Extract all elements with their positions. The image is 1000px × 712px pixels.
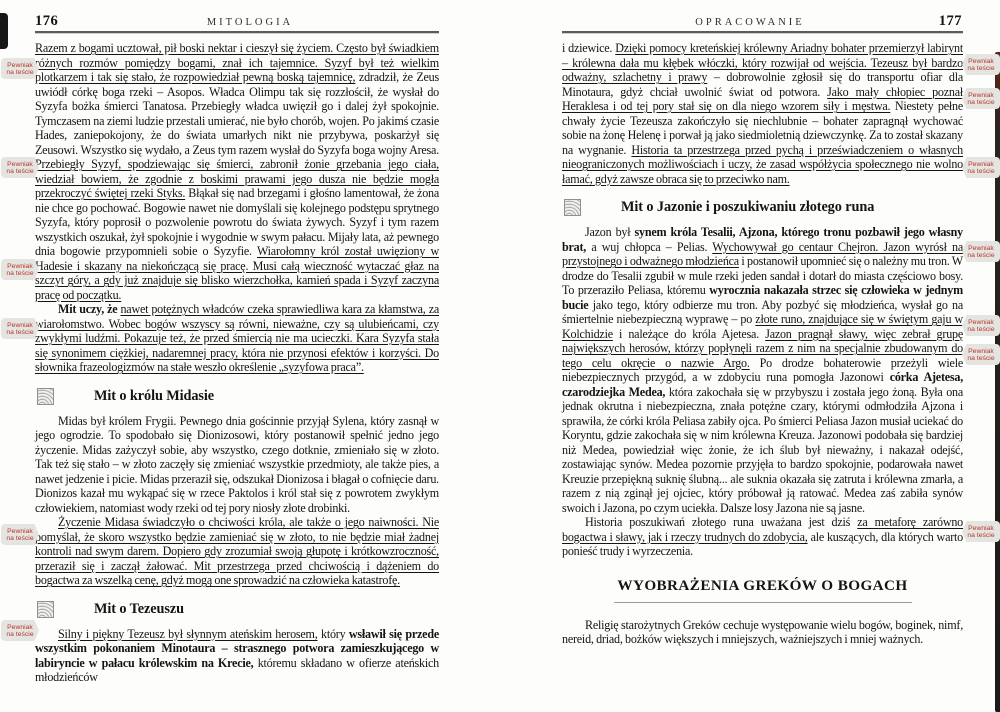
badge-line-1: Pewniak	[1, 624, 39, 631]
myth-heading: Mit o Jazonie i poszukiwaniu złotego run…	[564, 199, 963, 216]
badge-line-1: Pewniak	[962, 245, 1000, 252]
header-rule	[35, 31, 439, 33]
badge-line-1: Pewniak	[962, 92, 1000, 99]
pewniak-badge: Pewniakna teście	[1, 524, 39, 545]
badge-line-2: na teście	[1, 168, 39, 175]
page-body: i dziewice. Dzięki pomocy kreteńskiej kr…	[562, 41, 963, 647]
pewniak-badge: Pewniakna teście	[962, 344, 1000, 365]
myth-heading: Mit o królu Midasie	[37, 388, 439, 405]
paragraph: Historia poszukiwań złotego runa uważana…	[562, 515, 963, 559]
badge-line-1: Pewniak	[962, 319, 1000, 326]
body-text: i dziewice.	[562, 41, 615, 55]
myth-heading: Mit o Tezeuszu	[37, 601, 439, 618]
badge-line-2: na teście	[1, 535, 39, 542]
badge-line-1: Pewniak	[962, 161, 1000, 168]
running-head-title: OPRACOWANIE	[500, 17, 1000, 28]
paragraph: Życzenie Midasa świadczyło o chciwości k…	[35, 515, 439, 588]
paragraph: Mit uczy, że nawet potężnych władców cze…	[35, 302, 439, 375]
running-head-title: MITOLOGIA	[0, 17, 500, 28]
paragraph: Jazon był synem króla Tesalii, Ajzona, k…	[562, 225, 963, 515]
body-text: Jazon był	[585, 225, 635, 239]
underlined-text: Życzenie Midasa świadczyło o chciwości k…	[35, 515, 439, 587]
body-text: Midas był królem Frygii. Pewnego dnia go…	[35, 414, 439, 515]
pewniak-badge: Pewniakna teście	[962, 315, 1000, 336]
badge-line-2: na teście	[962, 326, 1000, 333]
book-spread: 176 MITOLOGIA Razem z bogami ucztował, p…	[0, 0, 1000, 712]
paragraph: Religię starożytnych Greków cechuje wyst…	[562, 618, 963, 647]
badge-line-2: na teście	[962, 65, 1000, 72]
badge-line-1: Pewniak	[962, 58, 1000, 65]
bold-text: Mit uczy, że	[58, 302, 120, 316]
pewniak-badge: Pewniakna teście	[1, 157, 39, 178]
body-text: która zakochała się w przybyszu i został…	[562, 385, 963, 515]
paragraph: i dziewice. Dzięki pomocy kreteńskiej kr…	[562, 41, 963, 186]
badge-line-1: Pewniak	[962, 348, 1000, 355]
badge-line-1: Pewniak	[1, 322, 39, 329]
underlined-text: Silny i piękny Tezeusz był słynnym ateńs…	[58, 627, 318, 641]
fingerprint-icon	[564, 199, 581, 216]
myth-heading-label: Mit o Tezeuszu	[94, 601, 184, 618]
pewniak-badge: Pewniakna teście	[1, 620, 39, 641]
badge-line-2: na teście	[1, 329, 39, 336]
section-header-label: WYOBRAŻENIA GREKÓW O BOGACH	[562, 577, 963, 595]
section-rule	[614, 602, 912, 603]
badge-line-1: Pewniak	[1, 161, 39, 168]
body-text: a wuj chłopca – Pelias.	[586, 240, 712, 254]
badge-line-2: na teście	[962, 355, 1000, 362]
fingerprint-icon	[37, 601, 54, 618]
badge-line-2: na teście	[962, 168, 1000, 175]
page-left: 176 MITOLOGIA Razem z bogami ucztował, p…	[0, 0, 500, 712]
paragraph: Silny i piękny Tezeusz był słynnym ateńs…	[35, 627, 439, 685]
body-text: Historia poszukiwań złotego runa uważana…	[585, 515, 857, 529]
header-rule	[562, 31, 963, 33]
page-body: Razem z bogami ucztował, pił boski nekta…	[35, 41, 439, 685]
paragraph: Midas był królem Frygii. Pewnego dnia go…	[35, 414, 439, 516]
pewniak-badge: Pewniakna teście	[962, 521, 1000, 542]
paragraph: Razem z bogami ucztował, pił boski nekta…	[35, 41, 439, 302]
badge-line-2: na teście	[1, 69, 39, 76]
badge-line-1: Pewniak	[1, 62, 39, 69]
badge-line-2: na teście	[1, 631, 39, 638]
pewniak-badge: Pewniakna teście	[962, 241, 1000, 262]
badge-line-1: Pewniak	[1, 528, 39, 535]
pewniak-badge: Pewniakna teście	[1, 318, 39, 339]
body-text: Religię starożytnych Greków cechuje wyst…	[562, 618, 963, 647]
myth-heading-label: Mit o królu Midasie	[94, 388, 214, 405]
badge-line-2: na teście	[1, 270, 39, 277]
badge-line-1: Pewniak	[1, 263, 39, 270]
pewniak-badge: Pewniakna teście	[962, 157, 1000, 178]
badge-line-1: Pewniak	[962, 525, 1000, 532]
badge-line-2: na teście	[962, 99, 1000, 106]
fingerprint-icon	[37, 388, 54, 405]
pewniak-badge: Pewniakna teście	[962, 88, 1000, 109]
badge-line-2: na teście	[962, 532, 1000, 539]
pewniak-badge: Pewniakna teście	[962, 54, 1000, 75]
section-header: WYOBRAŻENIA GREKÓW O BOGACH	[562, 577, 963, 603]
pewniak-badge: Pewniakna teście	[1, 58, 39, 79]
page-right: 177 OPRACOWANIE i dziewice. Dzięki pomoc…	[500, 0, 1000, 712]
myth-heading-label: Mit o Jazonie i poszukiwaniu złotego run…	[621, 199, 874, 216]
body-text: i należące do króla Ajetesa.	[613, 327, 765, 341]
body-text: który	[318, 627, 349, 641]
pewniak-badge: Pewniakna teście	[1, 259, 39, 280]
badge-line-2: na teście	[962, 252, 1000, 259]
